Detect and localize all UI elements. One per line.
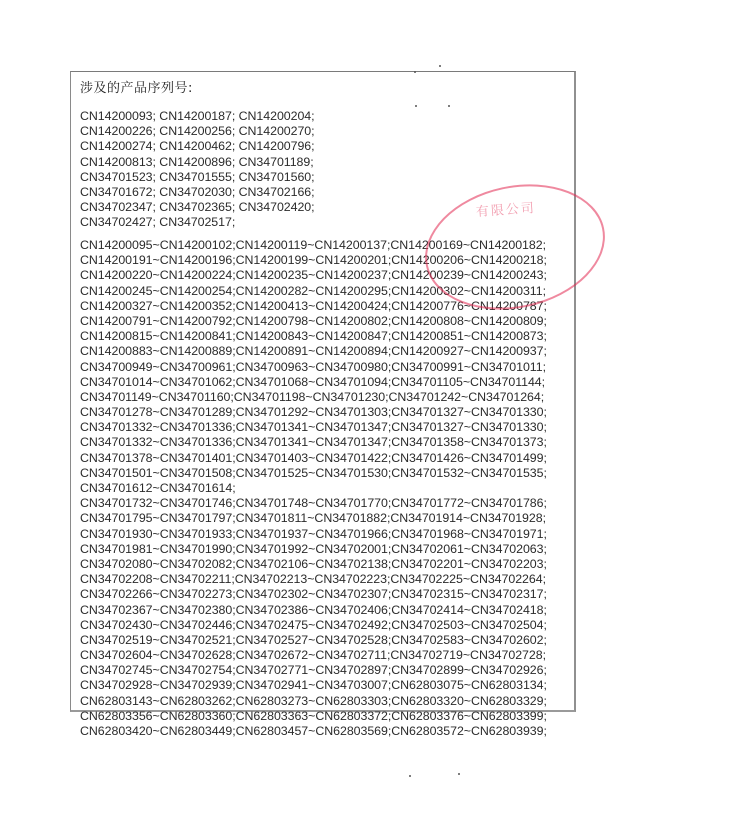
serial-range-list: CN14200095~CN14200102;CN14200119~CN14200…: [80, 238, 547, 739]
serial-line: CN34702745~CN34702754;CN34702771~CN34702…: [80, 663, 547, 678]
serial-line: CN34701523; CN34701555; CN34701560;: [80, 170, 315, 185]
serial-line: CN34702080~CN34702082;CN34702106~CN34702…: [80, 557, 547, 572]
serial-line: CN34701332~CN34701336;CN34701341~CN34701…: [80, 435, 547, 450]
serial-line: CN34701332~CN34701336;CN34701341~CN34701…: [80, 420, 547, 435]
serial-line: CN14200226; CN14200256; CN14200270;: [80, 124, 315, 139]
serial-line: CN62803143~CN62803262;CN62803273~CN62803…: [80, 694, 547, 709]
serial-line: CN14200327~CN14200352;CN14200413~CN14200…: [80, 299, 547, 314]
scan-speck: [409, 775, 411, 777]
serial-line: CN14200095~CN14200102;CN14200119~CN14200…: [80, 238, 547, 253]
serial-line: CN14200093; CN14200187; CN14200204;: [80, 109, 315, 124]
serial-line: CN14200274; CN14200462; CN14200796;: [80, 139, 315, 154]
serial-line: CN34701278~CN34701289;CN34701292~CN34701…: [80, 405, 547, 420]
scan-speck: [414, 71, 416, 73]
serial-line: CN34702266~CN34702273;CN34702302~CN34702…: [80, 587, 547, 602]
serial-line: CN34702347; CN34702365; CN34702420;: [80, 200, 315, 215]
scan-speck: [415, 105, 417, 107]
serial-line: CN34701149~CN34701160;CN34701198~CN34701…: [80, 390, 547, 405]
serial-line: CN34701378~CN34701401;CN34701403~CN34701…: [80, 451, 547, 466]
serial-line: CN14200220~CN14200224;CN14200235~CN14200…: [80, 268, 547, 283]
serial-line: CN34702604~CN34702628;CN34702672~CN34702…: [80, 648, 547, 663]
scan-speck: [458, 773, 460, 775]
serial-line: CN14200813; CN14200896; CN34701189;: [80, 155, 315, 170]
serial-line: CN34702367~CN34702380;CN34702386~CN34702…: [80, 603, 547, 618]
serial-line: CN34702928~CN34702939;CN34702941~CN34703…: [80, 678, 547, 693]
serial-line: CN34702430~CN34702446;CN34702475~CN34702…: [80, 618, 547, 633]
individual-serial-list: CN14200093; CN14200187; CN14200204;CN142…: [80, 109, 315, 231]
serial-line: CN62803356~CN62803360;CN62803363~CN62803…: [80, 709, 547, 724]
scan-speck: [448, 105, 450, 107]
serial-line: CN34702208~CN34702211;CN34702213~CN34702…: [80, 572, 547, 587]
serial-line: CN34701981~CN34701990;CN34701992~CN34702…: [80, 542, 547, 557]
serial-line: CN34701612~CN34701614;: [80, 481, 547, 496]
section-title: 涉及的产品序列号:: [80, 77, 193, 96]
serial-line: CN14200883~CN14200889;CN14200891~CN14200…: [80, 344, 547, 359]
scan-speck: [439, 65, 441, 67]
serial-line: CN34702519~CN34702521;CN34702527~CN34702…: [80, 633, 547, 648]
serial-line: CN34700949~CN34700961;CN34700963~CN34700…: [80, 360, 547, 375]
serial-line: CN34701014~CN34701062;CN34701068~CN34701…: [80, 375, 547, 390]
serial-line: CN34701930~CN34701933;CN34701937~CN34701…: [80, 527, 547, 542]
serial-line: CN34701732~CN34701746;CN34701748~CN34701…: [80, 496, 547, 511]
serial-line: CN14200791~CN14200792;CN14200798~CN14200…: [80, 314, 547, 329]
serial-line: CN34701795~CN34701797;CN34701811~CN34701…: [80, 511, 547, 526]
serial-line: CN14200191~CN14200196;CN14200199~CN14200…: [80, 253, 547, 268]
serial-line: CN34701672; CN34702030; CN34702166;: [80, 185, 315, 200]
serial-line: CN14200245~CN14200254;CN14200282~CN14200…: [80, 284, 547, 299]
serial-line: CN14200815~CN14200841;CN14200843~CN14200…: [80, 329, 547, 344]
serial-line: CN34701501~CN34701508;CN34701525~CN34701…: [80, 466, 547, 481]
serial-line: CN62803420~CN62803449;CN62803457~CN62803…: [80, 724, 547, 739]
serial-line: CN34702427; CN34702517;: [80, 215, 315, 230]
